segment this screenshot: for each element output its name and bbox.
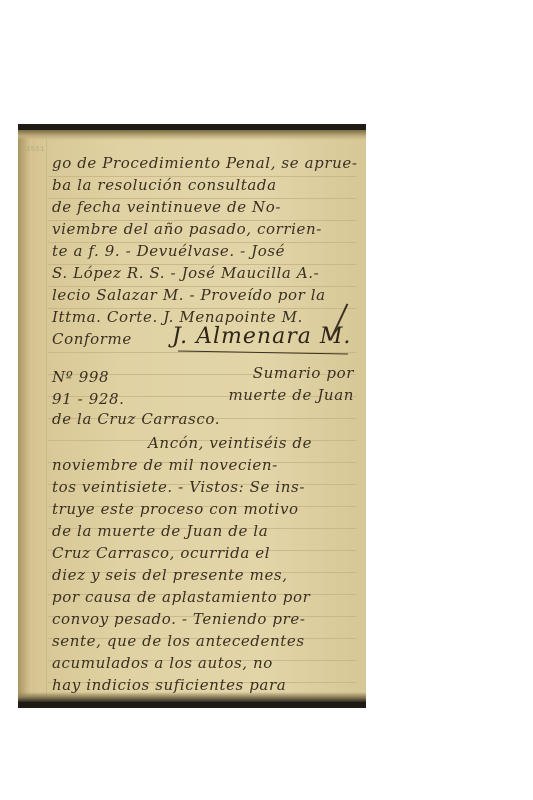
text-line: Cruz Carrasco, ocurrida el xyxy=(52,542,352,564)
signature: J. Almenara M. xyxy=(172,324,351,349)
text-line: por causa de aplastamiento por xyxy=(52,586,352,608)
case-title-line-2: muerte de Juan xyxy=(228,384,354,406)
page-binding xyxy=(18,130,32,702)
text-line: convoy pesado. - Teniendo pre- xyxy=(52,608,352,630)
page-bottom-edge xyxy=(18,692,366,702)
text-line: tos veintisiete. - Vistos: Se ins- xyxy=(52,476,352,498)
case-number: Nº 998 xyxy=(52,366,172,388)
margin-line xyxy=(46,140,47,695)
case-reference: 91 - 928. xyxy=(52,388,172,410)
text-line: truye este proceso con motivo xyxy=(52,498,352,520)
text-line: lecio Salazar M. - Proveído por la xyxy=(52,284,352,306)
text-line: S. López R. S. - José Maucilla A.- xyxy=(52,262,352,284)
text-line: sente, que de los antecedentes xyxy=(52,630,352,652)
text-line: acumulados a los autos, no xyxy=(52,652,352,674)
text-line: diez y seis del presente mes, xyxy=(52,564,352,586)
page-top-edge xyxy=(18,130,366,140)
case-title-line-3: de la Cruz Carrasco. xyxy=(52,408,352,430)
document-photo: 1551 go de Procedimiento Penal, se aprue… xyxy=(18,124,366,708)
text-line: go de Procedimiento Penal, se aprue- xyxy=(52,152,352,174)
text-line: de la muerte de Juan de la xyxy=(52,520,352,542)
ledger-page: 1551 go de Procedimiento Penal, se aprue… xyxy=(18,130,366,702)
text-line: de fecha veintinueve de No- xyxy=(52,196,352,218)
case-title-line-1: Sumario por xyxy=(253,362,354,384)
text-line: te a f. 9. - Devuélvase. - José xyxy=(52,240,352,262)
archive-stamp: 1551 xyxy=(26,146,45,154)
text-line: noviembre de mil novecien- xyxy=(52,454,352,476)
text-line: ba la resolución consultada xyxy=(52,174,352,196)
text-line: Ancón, veintiséis de xyxy=(148,432,366,454)
text-line: viembre del año pasado, corrien- xyxy=(52,218,352,240)
